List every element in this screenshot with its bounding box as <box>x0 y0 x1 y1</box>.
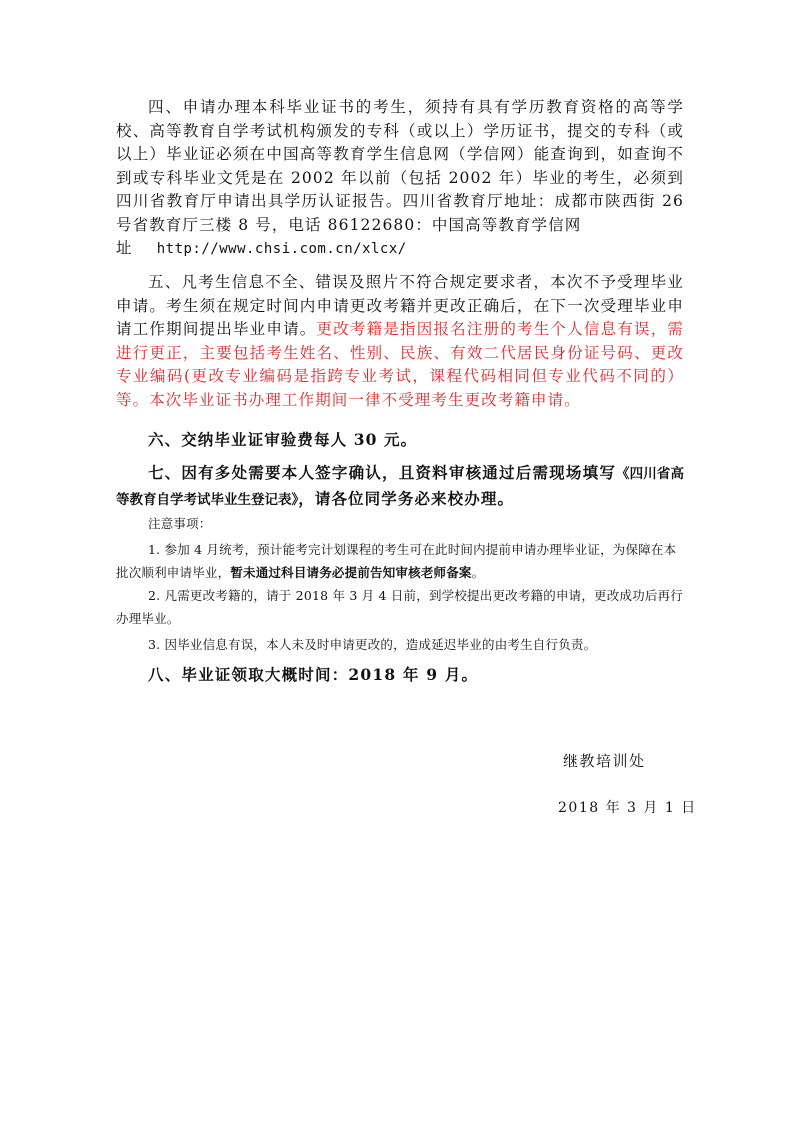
notes-title: 注意事项： <box>148 512 716 535</box>
signature-date: 2018 年 3 月 1 日 <box>558 797 697 817</box>
section-7-text: 七、因有多处需要本人签字确认，且资料审核通过后需现场填写 <box>148 463 616 482</box>
section-5-paragraph: 五、凡考生信息不全、错误及照片不符合规定要求者，本次不予受理毕业申请。考生须在规… <box>116 271 684 412</box>
section-8-heading: 八、毕业证领取大概时间：2018 年 9 月。 <box>148 663 478 685</box>
section-7-paragraph: 七、因有多处需要本人签字确认，且资料审核通过后需现场填写《四川省高等教育自学考试… <box>116 461 684 512</box>
section-4-paragraph: 四、申请办理本科毕业证书的考生，须持有具有学历教育资格的高等学校、高等教育自学考… <box>116 96 684 262</box>
note-item-1-bold: 暂未通过科目请务必提前告知审核老师备案 <box>230 565 471 580</box>
note-item-3: 3. 因毕业信息有误，本人未及时申请更改的，造成延迟毕业的由考生自行负责。 <box>116 633 684 656</box>
section-4-text: 四、申请办理本科毕业证书的考生，须持有具有学历教育资格的高等学校、高等教育自学考… <box>116 98 684 234</box>
signature-department: 继教培训处 <box>563 750 646 771</box>
document-page: 四、申请办理本科毕业证书的考生，须持有具有学历教育资格的高等学校、高等教育自学考… <box>0 0 793 1122</box>
url-label: 址 <box>116 239 133 257</box>
note-item-1: 1. 参加 4 月统考，预计能考完计划课程的考生可在此时间内提前申请办理毕业证，… <box>116 538 684 584</box>
section-7-end: ，请各位同学务必来校办理。 <box>298 489 514 508</box>
note-item-2: 2. 凡需更改考籍的，请于 2018 年 3 月 4 日前，到学校提出更改考籍的… <box>116 584 684 630</box>
section-6-paragraph: 六、交纳毕业证审验费每人 30 元。 <box>116 428 684 452</box>
chsi-url: http://www.chsi.com.cn/xlcx/ <box>157 241 407 257</box>
